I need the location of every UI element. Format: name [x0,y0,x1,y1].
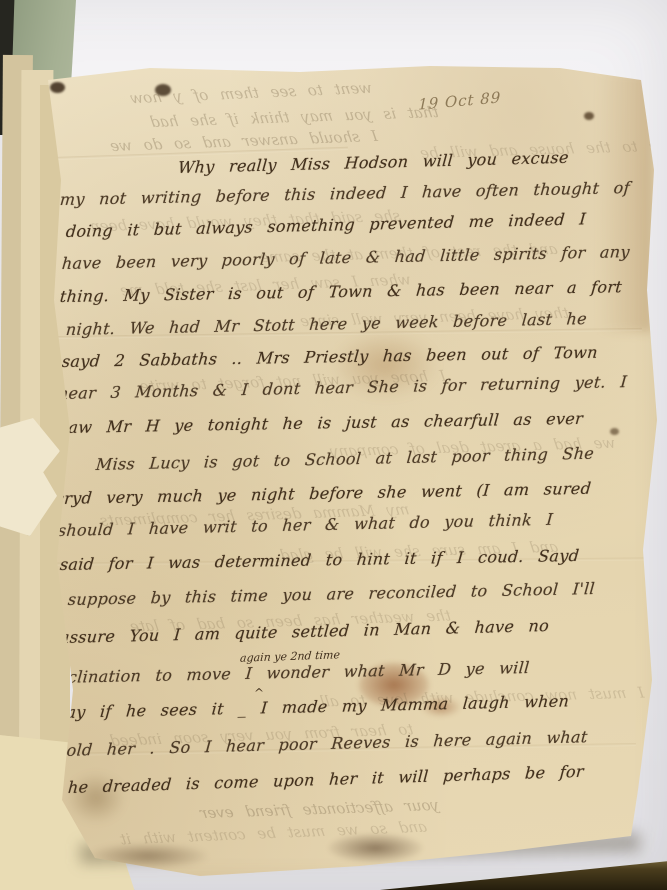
letter-page: went to see them of y how that is you ma… [0,0,667,890]
handwriting-line: he dreaded is come upon her it will perh… [67,762,584,797]
handwriting-line: say if he sees it _ I made my Mamma laug… [57,691,570,722]
handwriting-line: my not writing before this indeed I have… [59,178,630,209]
ink-blot [50,82,65,93]
handwriting-line: suppose by this time you are reconciled … [67,579,595,609]
photographed-letter: went to see them of y how that is you ma… [0,0,667,890]
date-annotation: 19 Oct 89 [418,88,501,113]
insertion-caret: ^ [254,686,264,700]
table-edge [380,855,667,890]
ghost-line: that is you may think if she had [149,103,440,131]
ghost-line: went to see them of y how [129,79,373,107]
handwriting-line: saw Mr H ye tonight he is just as chearf… [59,409,584,437]
handwriting-line: said for I was determined to hint it if … [59,546,580,574]
ink-speck [584,112,594,120]
